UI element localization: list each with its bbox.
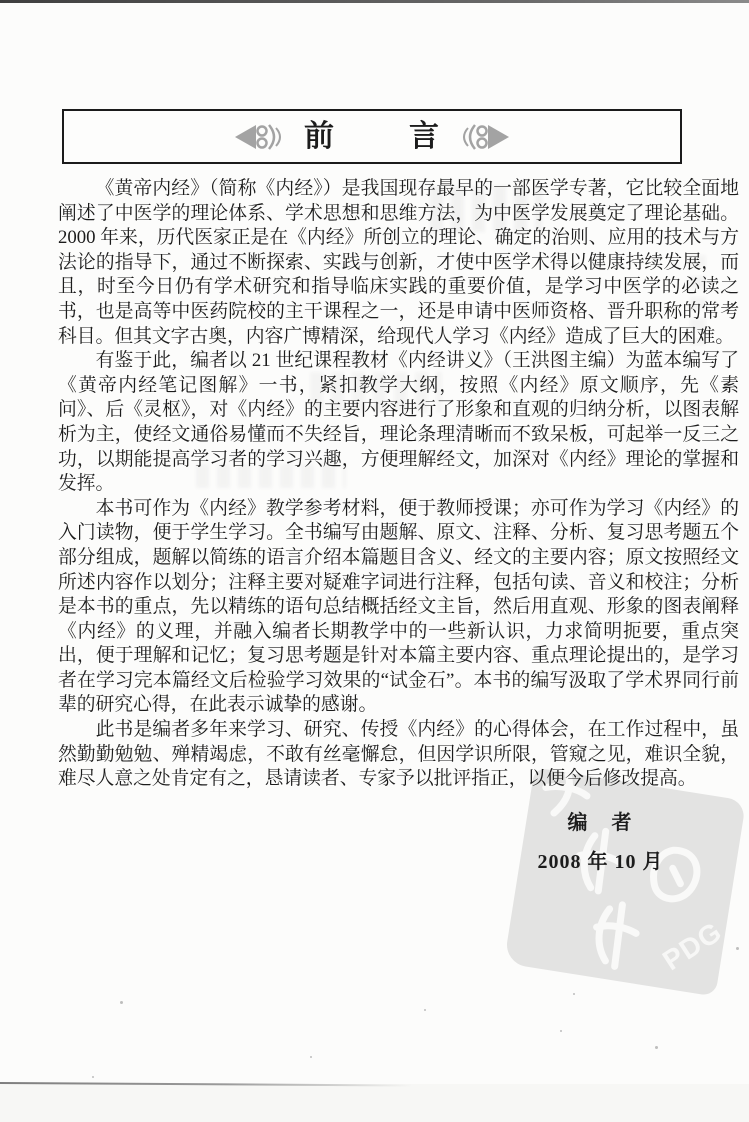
- ornament-left-icon: [234, 122, 288, 152]
- preface-title-char-2: 言: [409, 122, 440, 152]
- ornament-right-icon: [456, 122, 510, 152]
- scan-speck: [655, 1046, 658, 1049]
- preface-paragraph-2: 有鉴于此，编者以 21 世纪课程教材《内经讲义》（王洪图主编）为蓝本编写了《黄帝…: [58, 349, 739, 497]
- scan-speck: [424, 1009, 426, 1011]
- preface-title-box: 前 言: [62, 109, 682, 164]
- scanned-book-page: 前 言 《黄帝内经》（简称《内经》）是我国现存最早的一部医学专著，它比较全面地阐…: [0, 0, 749, 1122]
- signature-author: 编 者: [498, 806, 703, 835]
- scan-speck: [736, 947, 739, 950]
- scan-speck: [310, 1056, 312, 1058]
- pdg-watermark-stamp: PDG: [504, 767, 746, 996]
- seal-script-glyphs-icon: [504, 767, 746, 996]
- scan-speck: [92, 1076, 94, 1078]
- preface-paragraph-3: 本书可作为《内经》教学参考材料，便于教师授课；亦可作为学习《内经》的入门读物，便…: [58, 497, 739, 718]
- preface-paragraph-1: 《黄帝内经》（简称《内经》）是我国现存最早的一部医学专著，它比较全面地阐述了中医…: [58, 177, 739, 349]
- scan-speck: [560, 1030, 562, 1032]
- preface-paragraph-4: 此书是编者多年来学习、研究、传授《内经》的心得体会，在工作过程中，虽然勤勤勉勉、…: [58, 718, 739, 792]
- preface-body: 《黄帝内经》（简称《内经》）是我国现存最早的一部医学专著，它比较全面地阐述了中医…: [58, 177, 739, 792]
- signature-block: 编 者 2008 年 10 月: [498, 806, 703, 874]
- preface-title-char-1: 前: [304, 122, 335, 152]
- scan-top-edge-line: [0, 0, 749, 3]
- scan-speck: [573, 993, 575, 995]
- scan-speck: [120, 1001, 123, 1004]
- signature-date: 2008 年 10 月: [498, 845, 703, 874]
- scan-bottom-edge-area: [0, 1084, 749, 1122]
